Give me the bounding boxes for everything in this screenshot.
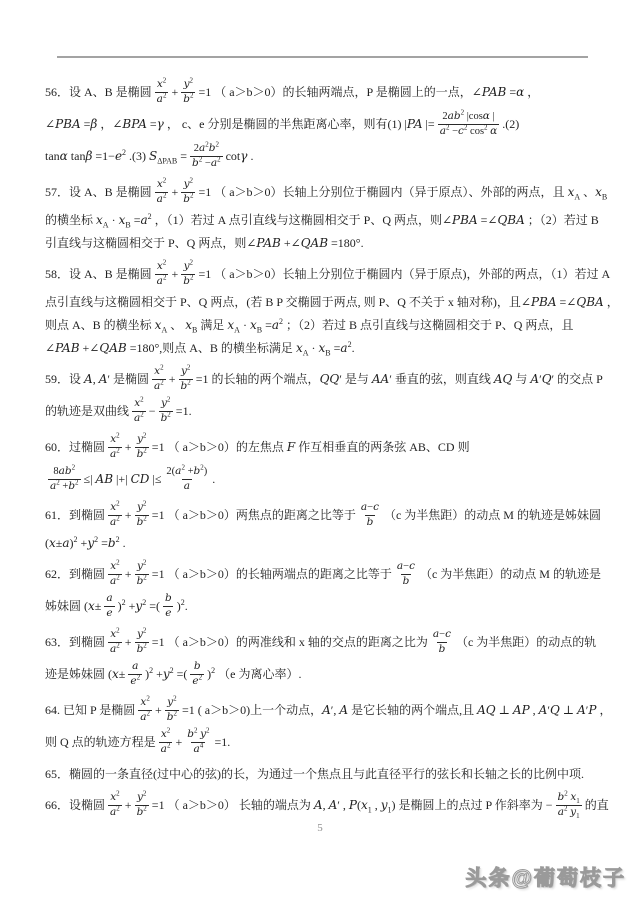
text-run: . bbox=[212, 473, 215, 485]
text-run: =1 （ a＞b＞0）两焦点的距离之比等于 bbox=[152, 509, 356, 521]
fraction: ae bbox=[104, 592, 114, 619]
fraction: y2b2 bbox=[135, 628, 149, 655]
text-run: =1 （ a＞b＞0）的左焦点 F 作互相垂直的两条弦 AB、CD 则 bbox=[152, 441, 470, 453]
problem-62: 62．到椭圆x2a2+y2b2=1 （ a＞b＞0）的长轴两端点的距离之比等于a… bbox=[45, 558, 597, 622]
text-run: 65．椭圆的一条直径(过中心的弦)的长，为通过一个焦点且与此直径平行的弦长和长轴… bbox=[45, 768, 584, 780]
fraction: 2(a2 +b2)a bbox=[164, 465, 209, 492]
text-run: 引直线与这椭圆相交于 P、Q 两点，则∠PAB +∠QAB =180°. bbox=[45, 237, 364, 249]
text-run: + bbox=[155, 704, 162, 716]
problem-65-line-1: 65．椭圆的一条直径(过中心的弦)的长，为通过一个焦点且与此直径平行的弦长和长轴… bbox=[45, 762, 597, 785]
fraction: y2b2 bbox=[179, 365, 193, 392]
problem-62-line-2: 姊妹圆 (x±ae)2 +y2 =(be)2. bbox=[45, 590, 597, 622]
top-rule bbox=[57, 56, 588, 58]
fraction: y2b2 bbox=[181, 178, 195, 205]
fraction: be2 bbox=[190, 660, 204, 687]
fraction: y2b2 bbox=[135, 791, 149, 818]
problem-58-line-1: 58．设 A、B 是椭圆x2a2+y2b2=1 （ a＞b＞0）长轴上分别位于椭… bbox=[45, 258, 597, 290]
fraction: x2a2 bbox=[108, 560, 122, 587]
text-run: =1 的长轴的两个端点，QQ′ 是与 AA′ 垂直的弦，则直线 AQ 与 A′Q… bbox=[196, 373, 603, 385]
problem-62-line-1: 62．到椭圆x2a2+y2b2=1 （ a＞b＞0）的长轴两端点的距离之比等于a… bbox=[45, 558, 597, 590]
text-run: 64. 已知 P 是椭圆 bbox=[45, 704, 135, 716]
fraction: x2a2 bbox=[108, 433, 122, 460]
problem-58-line-3: 则点 A、B 的横坐标 xA 、 xB 满足 xA · xB =a2 ；（2）若… bbox=[45, 313, 597, 336]
text-run: =1 （ a＞b＞0）长轴上分别位于椭圆内（异于原点)，外部的两点，（1）若过 … bbox=[198, 268, 610, 280]
fraction: y2b2 bbox=[135, 560, 149, 587]
problem-63-line-2: 迹是姊妹圆 (x±ae2)2 +y2 =(be2)2 （e 为离心率）. bbox=[45, 658, 597, 690]
fraction: x2a2 bbox=[108, 791, 122, 818]
fraction: y2b2 bbox=[165, 696, 179, 723]
text-run: =1 （ a＞b＞0）的两准线和 x 轴的交点的距离之比为 bbox=[152, 636, 428, 648]
text-run: ∠PBA =β ，∠BPA =γ ， c、e 分别是椭圆的半焦距离心率，则有(1… bbox=[45, 118, 435, 130]
text-run: 66．设椭圆 bbox=[45, 799, 105, 811]
fraction: y2b2 bbox=[135, 501, 149, 528]
text-run: 56．设 A、B 是椭圆 bbox=[45, 86, 152, 98]
text-run: + bbox=[125, 509, 132, 521]
fraction: be bbox=[163, 592, 174, 619]
text-run: 58．设 A、B 是椭圆 bbox=[45, 268, 152, 280]
text-run: 60．过椭圆 bbox=[45, 441, 105, 453]
text-run: − bbox=[149, 405, 156, 417]
problem-64-line-2: 则 Q 点的轨迹方程是x2a2+b2 y2a4=1. bbox=[45, 726, 597, 758]
text-run: 的直 bbox=[585, 799, 609, 811]
text-run: ∠PAB +∠QAB =180°,则点 A、B 的横坐标满足 xA · xB =… bbox=[45, 342, 355, 354]
fraction: a−cb bbox=[431, 628, 453, 655]
text-run: 57．设 A、B 是椭圆 bbox=[45, 186, 152, 198]
text-run: =1 ( a＞b＞0)上一个动点，A′, A 是它长轴的两个端点,且 AQ ⊥ … bbox=[182, 704, 611, 716]
text-run: （c 为半焦距）的动点的轨 bbox=[456, 636, 596, 648]
text-run: 63．到椭圆 bbox=[45, 636, 105, 648]
text-run: .(2) bbox=[502, 118, 519, 130]
fraction: 8ab2a2 +b2 bbox=[48, 465, 81, 492]
problem-66-line-1: 66．设椭圆x2a2+y2b2=1 （ a＞b＞0） 长轴的端点为 A, A′ … bbox=[45, 789, 597, 821]
fraction: a−cb bbox=[395, 560, 417, 587]
watermark-toutiao: 头条@葡萄枝子 bbox=[466, 862, 626, 892]
problem-59-line-1: 59．设 A, A′ 是椭圆x2a2+y2b2=1 的长轴的两个端点，QQ′ 是… bbox=[45, 363, 597, 395]
problem-61: 61．到椭圆x2a2+y2b2=1 （ a＞b＞0）两焦点的距离之比等于a−cb… bbox=[45, 499, 597, 554]
problem-60-line-1: 60．过椭圆x2a2+y2b2=1 （ a＞b＞0）的左焦点 F 作互相垂直的两… bbox=[45, 431, 597, 463]
problem-57: 57．设 A、B 是椭圆x2a2+y2b2=1 （ a＞b＞0）长轴上分别位于椭… bbox=[45, 176, 597, 254]
fraction: x2a2 bbox=[155, 78, 169, 105]
problem-61-line-2: (x±a)2 +y2 =b2 . bbox=[45, 531, 597, 554]
text-run: （c 为半焦距）的动点 M 的轨迹是姊妹圆 bbox=[384, 509, 601, 521]
text-run: =1. bbox=[215, 736, 231, 748]
problem-57-line-2: 的横坐标 xA · xB =a2 ，（1）若过 A 点引直线与这椭圆相交于 P、… bbox=[45, 208, 597, 231]
problem-64-line-1: 64. 已知 P 是椭圆x2a2+y2b2=1 ( a＞b＞0)上一个动点，A′… bbox=[45, 694, 597, 726]
problem-61-line-1: 61．到椭圆x2a2+y2b2=1 （ a＞b＞0）两焦点的距离之比等于a−cb… bbox=[45, 499, 597, 531]
fraction: x2a2 bbox=[159, 728, 173, 755]
problem-56-line-3: tanα tanβ =1−e2 .(3) SΔPAB =2a2b2b2 −a2c… bbox=[45, 140, 597, 172]
text-run: 61．到椭圆 bbox=[45, 509, 105, 521]
text-run: + bbox=[171, 268, 178, 280]
fraction: x2a2 bbox=[152, 365, 166, 392]
text-run: + bbox=[125, 636, 132, 648]
problem-56: 56．设 A、B 是椭圆x2a2+y2b2=1 （ a＞b＞0）的长轴两端点，P… bbox=[45, 76, 597, 172]
problem-58-line-2: 点引直线与这椭圆相交于 P、Q 两点，(若 B P 交椭圆于两点, 则 P、Q … bbox=[45, 290, 597, 313]
text-run: + bbox=[175, 736, 182, 748]
text-run: =1 （ a＞b＞0） 长轴的端点为 A, A′ , P(x1 , y1) 是椭… bbox=[152, 799, 553, 811]
fraction: b2 x1a2 y1 bbox=[556, 791, 582, 818]
text-run: cotγ . bbox=[226, 150, 254, 162]
fraction: ae2 bbox=[128, 660, 142, 687]
problem-58: 58．设 A、B 是椭圆x2a2+y2b2=1 （ a＞b＞0）长轴上分别位于椭… bbox=[45, 258, 597, 359]
text-run: =1 （ a＞b＞0）的长轴两端点，P 是椭圆上的一点，∠PAB =α ， bbox=[198, 86, 539, 98]
problem-63-line-1: 63．到椭圆x2a2+y2b2=1 （ a＞b＞0）的两准线和 x 轴的交点的距… bbox=[45, 626, 597, 658]
text-run: =1. bbox=[176, 405, 192, 417]
text-run: tanα tanβ =1−e2 .(3) SΔPAB = bbox=[45, 150, 187, 162]
fraction: x2a2 bbox=[138, 696, 152, 723]
fraction: 2a2b2b2 −a2 bbox=[190, 142, 223, 169]
text-run: )2 +y2 =( bbox=[118, 600, 160, 612]
text-run: 59．设 A, A′ 是椭圆 bbox=[45, 373, 149, 385]
text-run: 62．到椭圆 bbox=[45, 568, 105, 580]
problem-57-line-3: 引直线与这椭圆相交于 P、Q 两点，则∠PAB +∠QAB =180°. bbox=[45, 231, 597, 254]
text-run: =1 （ a＞b＞0）长轴上分别位于椭圆内（异于原点）、外部的两点，且 xA 、… bbox=[198, 186, 607, 198]
text-run: )2 +y2 =( bbox=[145, 668, 187, 680]
text-run: 点引直线与这椭圆相交于 P、Q 两点，(若 B P 交椭圆于两点, 则 P、Q … bbox=[45, 296, 619, 308]
problem-63: 63．到椭圆x2a2+y2b2=1 （ a＞b＞0）的两准线和 x 轴的交点的距… bbox=[45, 626, 597, 690]
text-run: )2 （e 为离心率）. bbox=[207, 668, 301, 680]
text-run: =1 （ a＞b＞0）的长轴两端点的距离之比等于 bbox=[152, 568, 392, 580]
text-run: (x±a)2 +y2 =b2 . bbox=[45, 537, 126, 549]
problem-65: 65．椭圆的一条直径(过中心的弦)的长，为通过一个焦点且与此直径平行的弦长和长轴… bbox=[45, 762, 597, 785]
text-run: )2. bbox=[177, 600, 188, 612]
fraction: y2b2 bbox=[159, 397, 173, 424]
page-number: 5 bbox=[0, 822, 640, 834]
fraction: x2a2 bbox=[132, 397, 146, 424]
problem-64: 64. 已知 P 是椭圆x2a2+y2b2=1 ( a＞b＞0)上一个动点，A′… bbox=[45, 694, 597, 758]
problem-58-line-4: ∠PAB +∠QAB =180°,则点 A、B 的横坐标满足 xA · xB =… bbox=[45, 336, 597, 359]
fraction: x2a2 bbox=[155, 178, 169, 205]
fraction: y2b2 bbox=[135, 433, 149, 460]
fraction: y2b2 bbox=[181, 260, 195, 287]
text-run: 的横坐标 xA · xB =a2 ，（1）若过 A 点引直线与这椭圆相交于 P、… bbox=[45, 214, 599, 226]
text-run: ≤| AB |+| CD |≤ bbox=[84, 473, 162, 485]
fraction: y2b2 bbox=[181, 78, 195, 105]
problem-56-line-2: ∠PBA =β ，∠BPA =γ ， c、e 分别是椭圆的半焦距离心率，则有(1… bbox=[45, 108, 597, 140]
text-run: 迹是姊妹圆 (x± bbox=[45, 668, 125, 680]
text-run: + bbox=[169, 373, 176, 385]
fraction: 2ab2 |cosα |a2 −c2 cos2 α bbox=[438, 110, 500, 137]
problem-60: 60．过椭圆x2a2+y2b2=1 （ a＞b＞0）的左焦点 F 作互相垂直的两… bbox=[45, 431, 597, 495]
problem-56-line-1: 56．设 A、B 是椭圆x2a2+y2b2=1 （ a＞b＞0）的长轴两端点，P… bbox=[45, 76, 597, 108]
text-run: + bbox=[171, 186, 178, 198]
text-run: + bbox=[171, 86, 178, 98]
text-run: + bbox=[125, 568, 132, 580]
text-run: 的轨迹是双曲线 bbox=[45, 405, 129, 417]
problem-66: 66．设椭圆x2a2+y2b2=1 （ a＞b＞0） 长轴的端点为 A, A′ … bbox=[45, 789, 597, 821]
text-run: （c 为半焦距）的动点 M 的轨迹是 bbox=[420, 568, 601, 580]
text-run: 姊妹圆 (x± bbox=[45, 600, 101, 612]
fraction: a−cb bbox=[359, 501, 381, 528]
fraction: x2a2 bbox=[108, 628, 122, 655]
fraction: b2 y2a4 bbox=[185, 728, 211, 755]
problem-59-line-2: 的轨迹是双曲线x2a2−y2b2=1. bbox=[45, 395, 597, 427]
problem-59: 59．设 A, A′ 是椭圆x2a2+y2b2=1 的长轴的两个端点，QQ′ 是… bbox=[45, 363, 597, 427]
fraction: x2a2 bbox=[108, 501, 122, 528]
problem-60-line-2: 8ab2a2 +b2≤| AB |+| CD |≤2(a2 +b2)a. bbox=[45, 463, 597, 495]
text-run: 则 Q 点的轨迹方程是 bbox=[45, 736, 156, 748]
text-run: + bbox=[125, 441, 132, 453]
text-run: 则点 A、B 的横坐标 xA 、 xB 满足 xA · xB =a2 ；（2）若… bbox=[45, 319, 573, 331]
document-page: 56．设 A、B 是椭圆x2a2+y2b2=1 （ a＞b＞0）的长轴两端点，P… bbox=[0, 0, 640, 902]
fraction: x2a2 bbox=[155, 260, 169, 287]
text-run: + bbox=[125, 799, 132, 811]
problem-list: 56．设 A、B 是椭圆x2a2+y2b2=1 （ a＞b＞0）的长轴两端点，P… bbox=[45, 76, 597, 825]
problem-57-line-1: 57．设 A、B 是椭圆x2a2+y2b2=1 （ a＞b＞0）长轴上分别位于椭… bbox=[45, 176, 597, 208]
